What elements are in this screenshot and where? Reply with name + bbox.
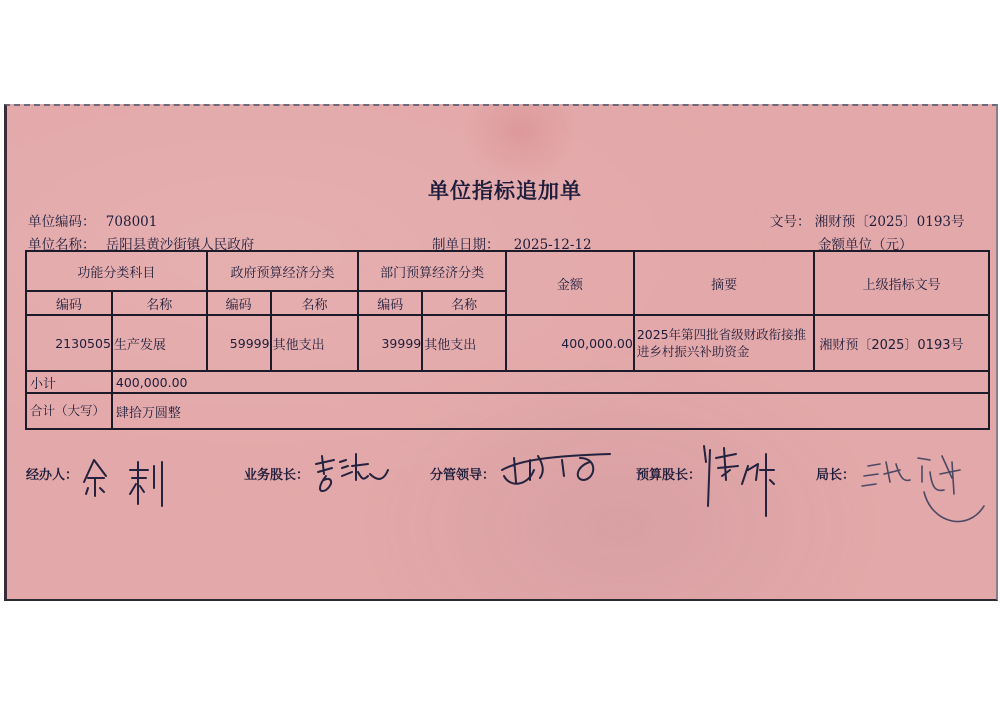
business-chief-label: 业务股长： — [244, 464, 309, 483]
total-upper-value: 肆拾万圆整 — [112, 393, 989, 429]
form-title: 单位指标追加单 — [428, 175, 582, 205]
subtotal-value: 400,000.00 — [112, 371, 989, 393]
header-dept-code: 编码 — [358, 291, 422, 315]
director-label: 局长： — [816, 464, 855, 483]
group-header-row: 功能分类科目 政府预算经济分类 部门预算经济分类 金额 摘要 上级指标文号 — [26, 251, 989, 291]
gov-code-cell: 59999 — [207, 315, 271, 371]
doc-no-label: 文号： — [770, 214, 811, 230]
header-gov-econ: 政府预算经济分类 — [207, 251, 359, 291]
unit-code-value: 708001 — [106, 214, 158, 230]
total-label: 合计（大写） — [26, 393, 112, 429]
director-signature — [860, 448, 990, 540]
budget-chief-signature — [700, 440, 796, 524]
handler-signature — [78, 448, 178, 512]
header-parent-doc: 上级指标文号 — [814, 251, 989, 315]
subtotal-row: 小计 400,000.00 — [26, 371, 989, 393]
header-gov-name: 名称 — [271, 291, 359, 315]
header-func-code: 编码 — [26, 291, 112, 315]
allocation-table: 功能分类科目 政府预算经济分类 部门预算经济分类 金额 摘要 上级指标文号 编码… — [25, 250, 990, 430]
unit-code-label: 单位编码： — [28, 214, 96, 230]
leader-signature — [500, 446, 616, 492]
budget-chief-label: 预算股长： — [636, 464, 701, 483]
business-chief-signature — [312, 446, 396, 508]
header-functional: 功能分类科目 — [26, 251, 207, 291]
unit-code-row: 单位编码： 708001 — [28, 210, 157, 230]
header-summary: 摘要 — [634, 251, 815, 315]
header-dept-econ: 部门预算经济分类 — [358, 251, 506, 291]
handler-label: 经办人： — [26, 464, 78, 483]
dept-code-cell: 39999 — [358, 315, 422, 371]
doc-no-value: 湘财预〔2025〕0193号 — [815, 214, 965, 230]
func-code-cell: 2130505 — [26, 315, 112, 371]
dept-name-cell: 其他支出 — [422, 315, 506, 371]
doc-no-row: 文号： 湘财预〔2025〕0193号 — [770, 210, 965, 230]
amount-cell: 400,000.00 — [506, 315, 634, 371]
total-row: 合计（大写） 肆拾万圆整 — [26, 393, 989, 429]
header-amount: 金额 — [506, 251, 634, 315]
subtotal-label: 小计 — [26, 371, 112, 393]
summary-cell: 2025年第四批省级财政衔接推进乡村振兴补助资金 — [634, 315, 815, 371]
parent-doc-cell: 湘财预〔2025〕0193号 — [814, 315, 989, 371]
header-dept-name: 名称 — [422, 291, 506, 315]
gov-name-cell: 其他支出 — [271, 315, 359, 371]
header-func-name: 名称 — [112, 291, 207, 315]
func-name-cell: 生产发展 — [112, 315, 207, 371]
header-gov-code: 编码 — [207, 291, 271, 315]
leader-label: 分管领导： — [430, 464, 495, 483]
table-row: 2130505 生产发展 59999 其他支出 39999 其他支出 400,0… — [26, 315, 989, 371]
